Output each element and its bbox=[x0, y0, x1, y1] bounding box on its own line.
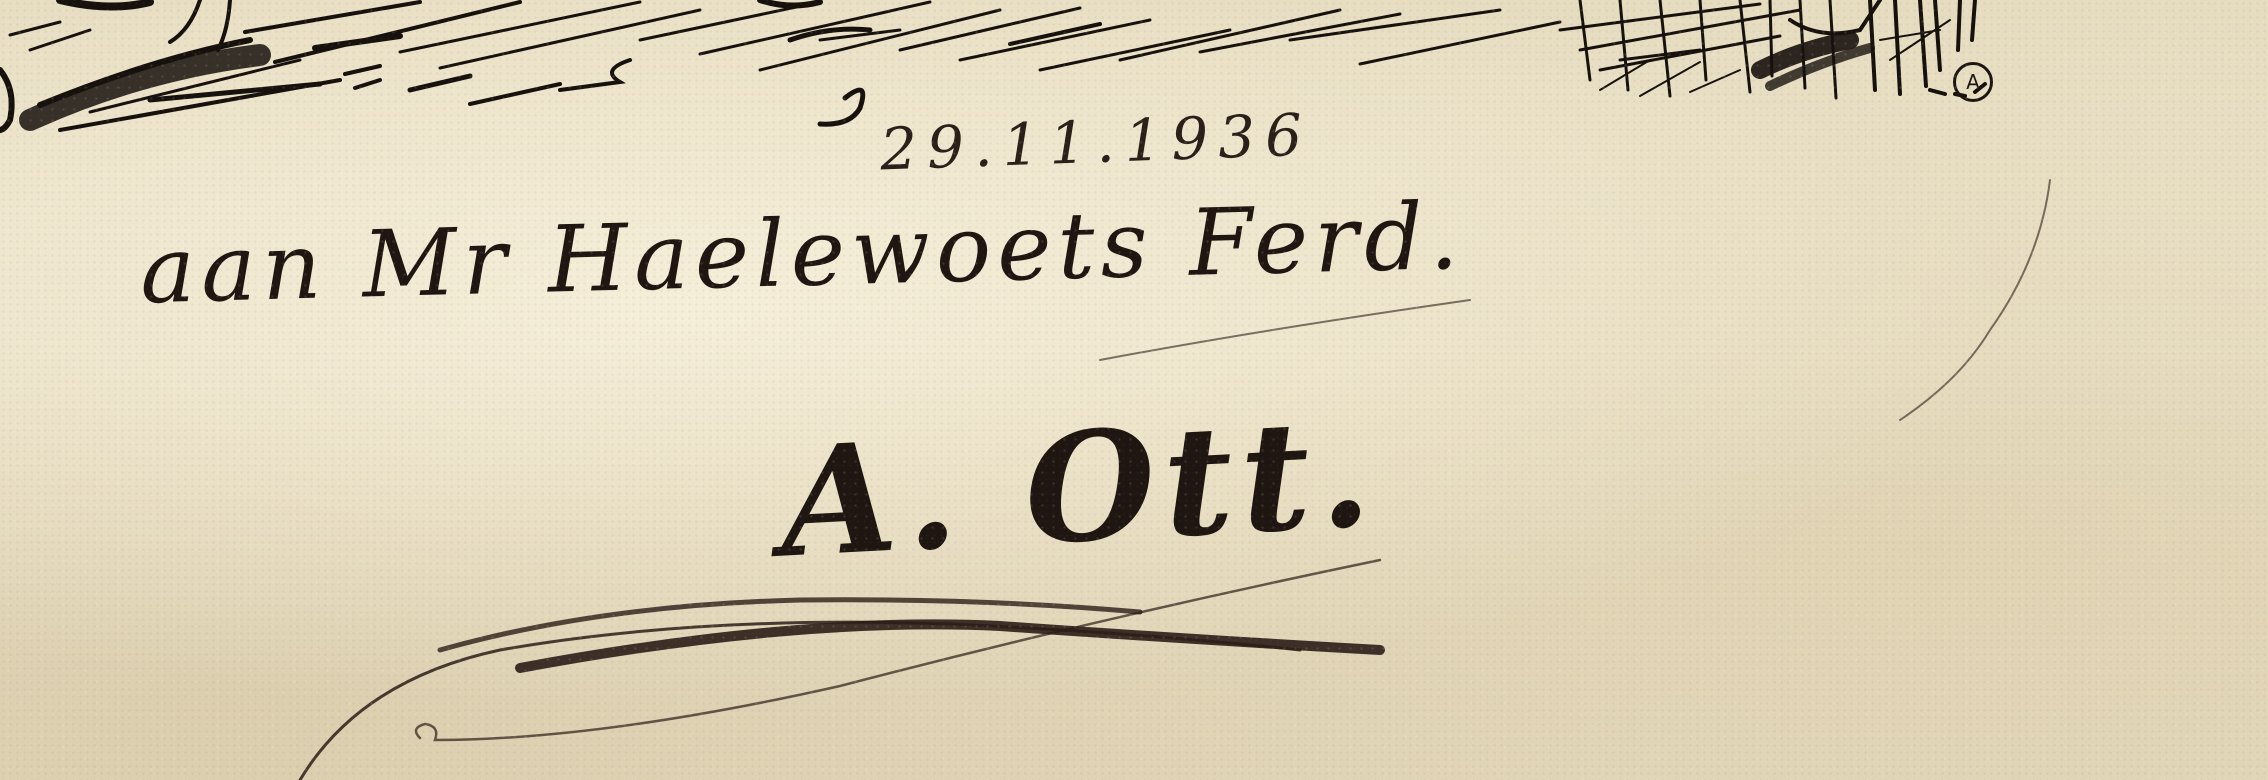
artist-signature: A. Ott. bbox=[776, 384, 1383, 591]
artist-monogram-icon: A bbox=[1953, 62, 1993, 102]
paper-sheet: A 29.11.1936 aan Mr Haelewoets Ferd. A. … bbox=[0, 0, 2268, 780]
